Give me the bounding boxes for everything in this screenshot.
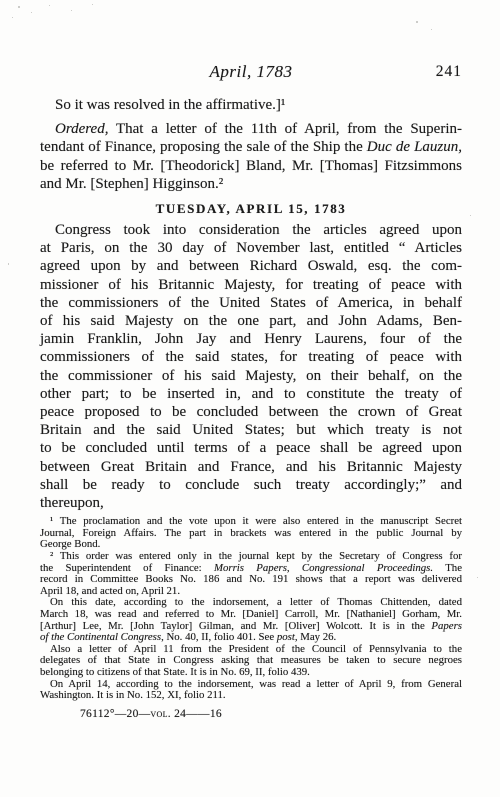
paragraph-ordered: Ordered, That a letter of the 11th of Ap… (40, 120, 462, 193)
paragraph-resolution: So it was resolved in the affirmative.]¹ (40, 96, 462, 114)
footnote-1: ¹ The proclamation and the vote upon it … (40, 516, 462, 551)
text-line: the commissioner of his said Majesty, on… (40, 367, 462, 385)
text-line: the commissioners of the United States o… (40, 294, 462, 312)
text-line: at Paris, on the 30 day of November last… (40, 239, 462, 257)
text-line: March 18, was read and referred to Mr. [… (40, 609, 462, 621)
text-line: Journal, Foreign Affairs. The part in br… (40, 528, 462, 540)
scan-speck (92, 4, 93, 5)
scan-speck (18, 6, 20, 8)
text-line: of his said Majesty on the one part, and… (40, 312, 462, 330)
text-line: and Mr. [Stephen] Higginson.² (40, 175, 462, 193)
scan-speck (8, 263, 9, 265)
text-line: Washington. It is in No. 152, XI, folio … (40, 690, 462, 702)
footnote-pennsylvania: Also a letter of April 11 from the Presi… (40, 644, 462, 679)
scan-speck (470, 215, 471, 216)
footnote-washington: On April 14, according to the indorsemen… (40, 679, 462, 702)
printer-signature: 76112°—20—vol. 24——16 (80, 708, 462, 720)
text-line: between Great Britain and France, and hi… (40, 458, 462, 476)
text-line: thereupon, (40, 494, 462, 512)
page-header-title: April, 1783 (210, 62, 293, 81)
book-page: April, 1783 241 So it was resolved in th… (0, 0, 500, 797)
text-line: peace proposed to be concluded between t… (40, 403, 462, 421)
scan-speck (12, 17, 13, 18)
text-line: tendant of Finance, proposing the sale o… (40, 138, 462, 156)
text-line: agreed upon by and between Richard Oswal… (40, 257, 462, 275)
scan-speck (49, 5, 50, 6)
scan-speck (416, 21, 418, 23)
text-line: shall be ready to conclude such treaty a… (40, 476, 462, 494)
scan-speck (431, 29, 432, 30)
text-line: to be concluded until terms of a peace s… (40, 439, 462, 457)
text-line: other part; to be inserted in, and to co… (40, 385, 462, 403)
text-line: belonging to citizens of that State. It … (40, 667, 462, 679)
text-line: jamin Franklin, John Jay and Henry Laure… (40, 330, 462, 348)
footnotes-block: ¹ The proclamation and the vote upon it … (40, 516, 462, 702)
text-column: April, 1783 241 So it was resolved in th… (40, 62, 462, 720)
text-line: commissioners of the said states, for tr… (40, 348, 462, 366)
text-line: missioner of his Britannic Majesty, for … (40, 276, 462, 294)
paragraph-treaty-articles: Congress took into consideration the art… (40, 221, 462, 512)
footnote-chittenden: On this date, according to the indorseme… (40, 597, 462, 643)
text-line: Britain and the said United States; but … (40, 421, 462, 439)
running-head: April, 1783 241 (40, 62, 462, 84)
scan-speck (477, 577, 478, 578)
text-line: Congress took into consideration the art… (40, 221, 462, 239)
page-number: 241 (436, 63, 462, 81)
scan-speck (31, 12, 32, 13)
text-line: Ordered, That a letter of the 11th of Ap… (40, 120, 462, 138)
date-heading: TUESDAY, APRIL 15, 1783 (40, 202, 462, 216)
footnote-2: ² This order was entered only in the jou… (40, 551, 462, 597)
scan-speck (71, 10, 72, 11)
text-line: So it was resolved in the affirmative.]¹ (40, 96, 462, 114)
text-line: be referred to Mr. [Theodorick] Bland, M… (40, 157, 462, 175)
